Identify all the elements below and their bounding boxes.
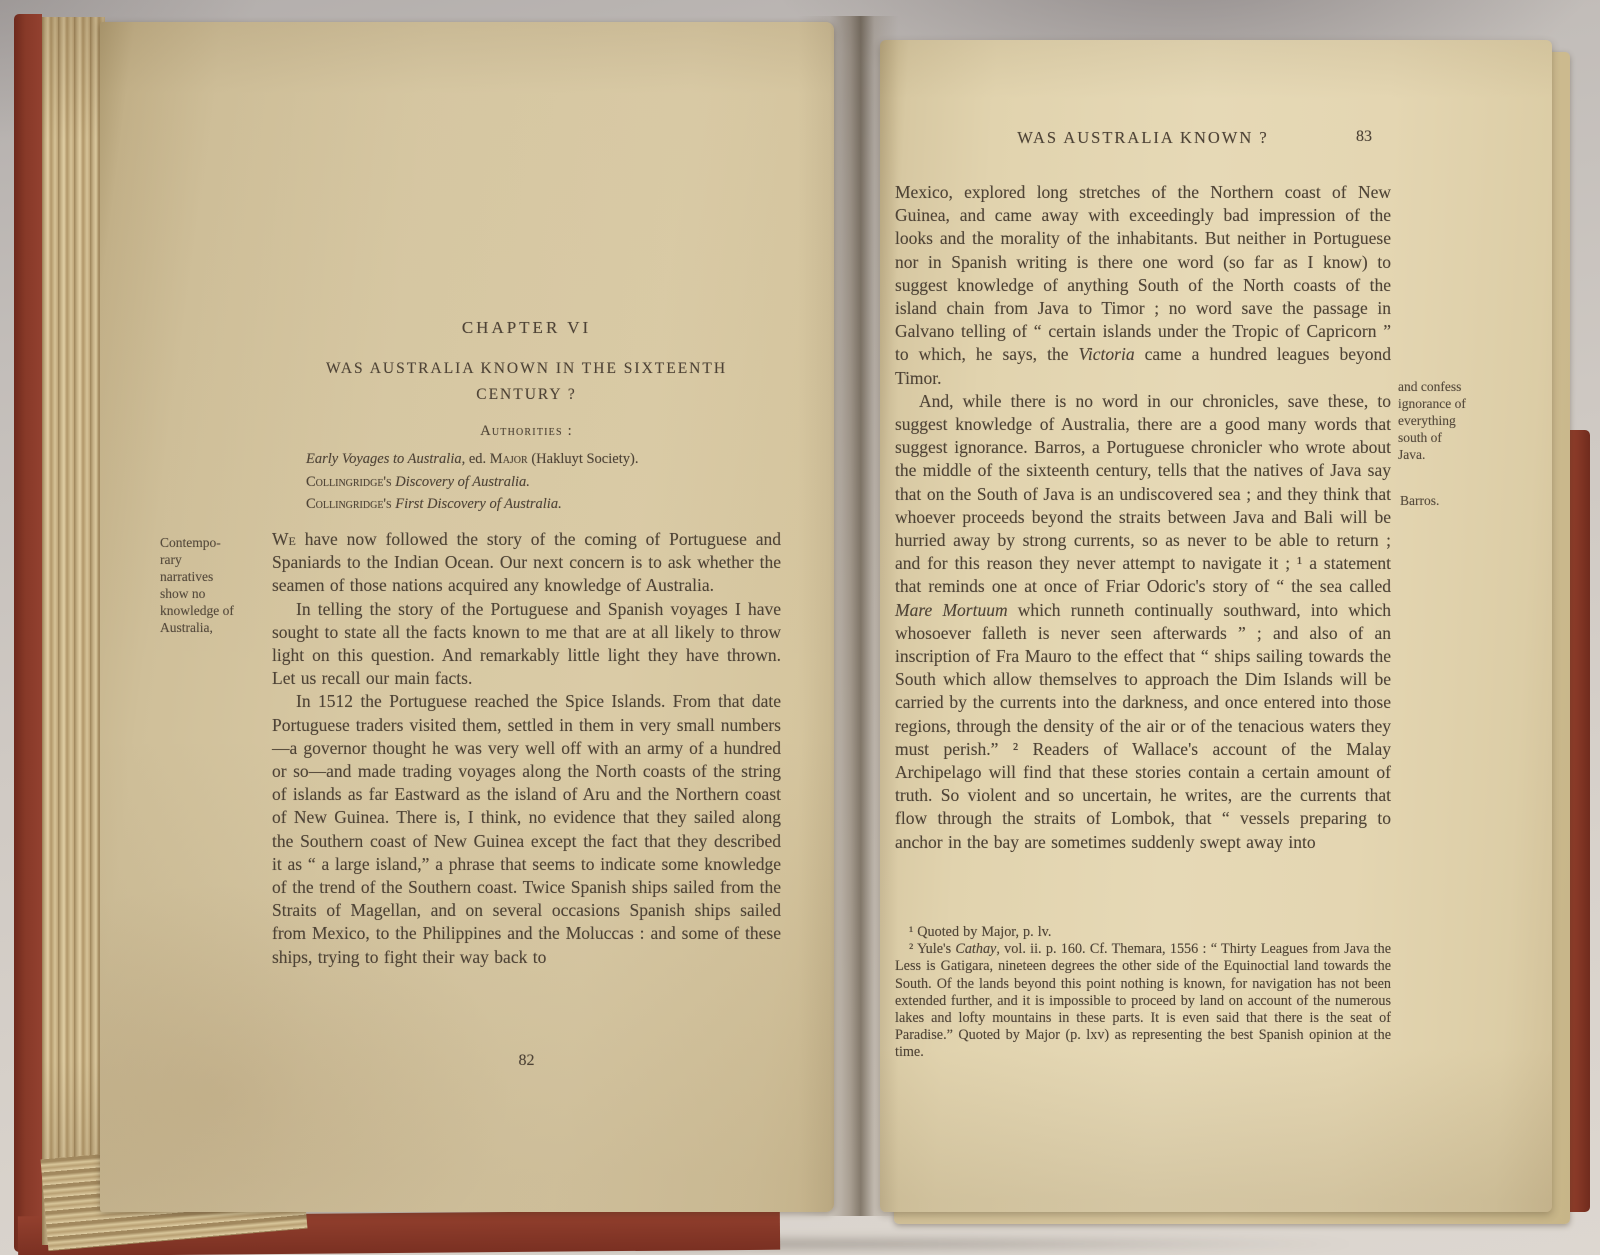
- footnote-1: ¹ Quoted by Major, p. lv.: [895, 924, 1391, 941]
- body-text-right: Mexico, explored long stretches of the N…: [895, 181, 1391, 854]
- right-page: WAS AUSTRALIA KNOWN ? 83 Mexico, explore…: [880, 40, 1552, 1212]
- paragraph: Mexico, explored long stretches of the N…: [895, 181, 1391, 390]
- chapter-heading: CHAPTER VI: [272, 318, 781, 338]
- left-page: CHAPTER VI WAS AUSTRALIA KNOWN IN THE SI…: [100, 22, 834, 1212]
- book-cover-left-edge: [14, 14, 42, 1252]
- authority-item: Collingridge's Discovery of Australia.: [306, 471, 806, 494]
- authority-item: Collingridge's First Discovery of Austra…: [306, 493, 806, 516]
- page-number-right: 83: [1260, 128, 1372, 146]
- paragraph: In 1512 the Portuguese reached the Spice…: [272, 690, 781, 968]
- authority-item: Early Voyages to Australia, ed. Major (H…: [306, 448, 806, 471]
- margin-note-right-2: Barros.: [1400, 492, 1520, 509]
- page-number-left: 82: [272, 1052, 781, 1070]
- margin-note-left: Contempo- rary narratives show no knowle…: [160, 534, 266, 636]
- paragraph: In telling the story of the Portuguese a…: [272, 598, 781, 691]
- paragraph: We have now followed the story of the co…: [272, 528, 781, 598]
- chapter-title-line-2: CENTURY ?: [250, 382, 803, 408]
- authorities-label: Authorities :: [272, 423, 781, 440]
- page-edges-left-stack: [42, 17, 105, 1245]
- authorities-list: Early Voyages to Australia, ed. Major (H…: [306, 448, 806, 516]
- footnotes: ¹ Quoted by Major, p. lv. ² Yule's Catha…: [895, 924, 1391, 1062]
- margin-note-right-1: and confess ignorance of everything sout…: [1398, 378, 1518, 463]
- footnote-2: ² Yule's Cathay, vol. ii. p. 160. Cf. Th…: [895, 941, 1391, 1061]
- chapter-title-line-1: WAS AUSTRALIA KNOWN IN THE SIXTEENTH: [250, 356, 803, 382]
- chapter-title: WAS AUSTRALIA KNOWN IN THE SIXTEENTH CEN…: [250, 356, 803, 408]
- paragraph: And, while there is no word in our chron…: [895, 390, 1391, 854]
- body-text-left: We have now followed the story of the co…: [272, 528, 781, 969]
